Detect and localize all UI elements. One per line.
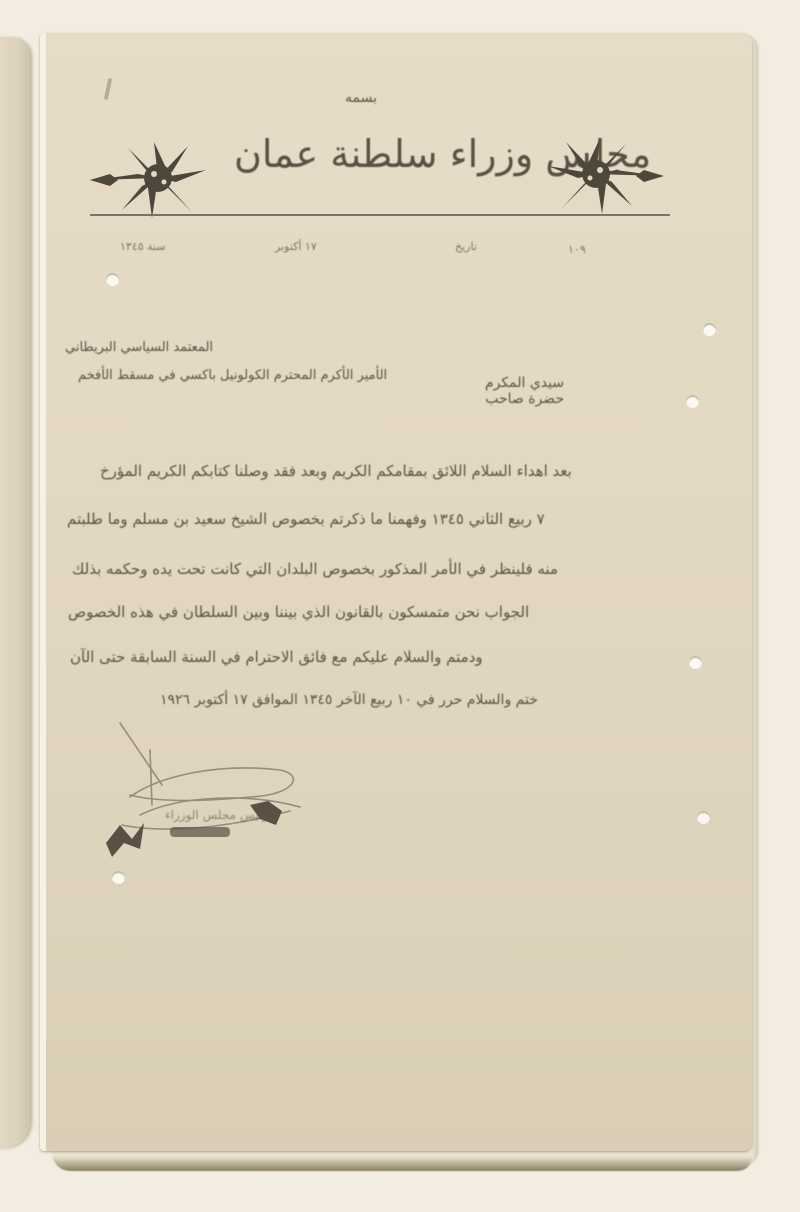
punch-hole: [689, 656, 702, 669]
letterhead-invocation: بسمه: [345, 90, 377, 106]
body-line-1: بعد اهداء السلام اللائق بمقامكم الكريم و…: [100, 462, 572, 480]
punch-hole: [703, 323, 716, 336]
signature-name: رئيس مجلس الوزراء: [165, 808, 268, 822]
closing-date-line: ختم والسلام حرر في ١٠ ربيع الآخر ١٣٤٥ ال…: [160, 692, 538, 708]
body-line-2: ٧ ربيع الثاني ١٣٤٥ وفهمنا ما ذكرتم بخصوص…: [67, 510, 545, 528]
floral-ornament-left-icon: [88, 140, 214, 220]
letterhead-divider: [90, 214, 670, 216]
reference-year: سنة ١٣٤٥: [120, 240, 166, 253]
adjacent-left-page: [0, 38, 30, 1148]
addressee-line: الأمير الأكرم المحترم الكولونيل باكسي في…: [78, 368, 387, 383]
punch-hole: [106, 273, 119, 286]
body-line-3: منه فلينظر في الأمر المذكور بخصوص البلدا…: [72, 560, 558, 578]
punch-hole: [686, 395, 699, 408]
reference-date-label: تاريخ: [455, 240, 477, 253]
signature-scribble-icon: [100, 715, 320, 865]
reference-number: ١٠٩: [568, 243, 586, 256]
salutation: سيدي المكرم حضرة صاحب: [485, 375, 564, 407]
pencil-mark: [104, 78, 112, 100]
body-line-5: ودمتم والسلام عليكم مع فائق الاحترام في …: [70, 648, 483, 666]
addressee-heading: المعتمد السياسي البريطاني: [65, 340, 213, 355]
punch-hole: [112, 871, 125, 884]
body-line-4: الجواب نحن متمسكون بالقانون الذي بيننا و…: [68, 603, 529, 621]
punch-hole: [697, 811, 710, 824]
floral-ornament-right-icon: [540, 136, 666, 216]
reference-date-gregorian: ١٧ أكتوبر: [275, 240, 317, 253]
